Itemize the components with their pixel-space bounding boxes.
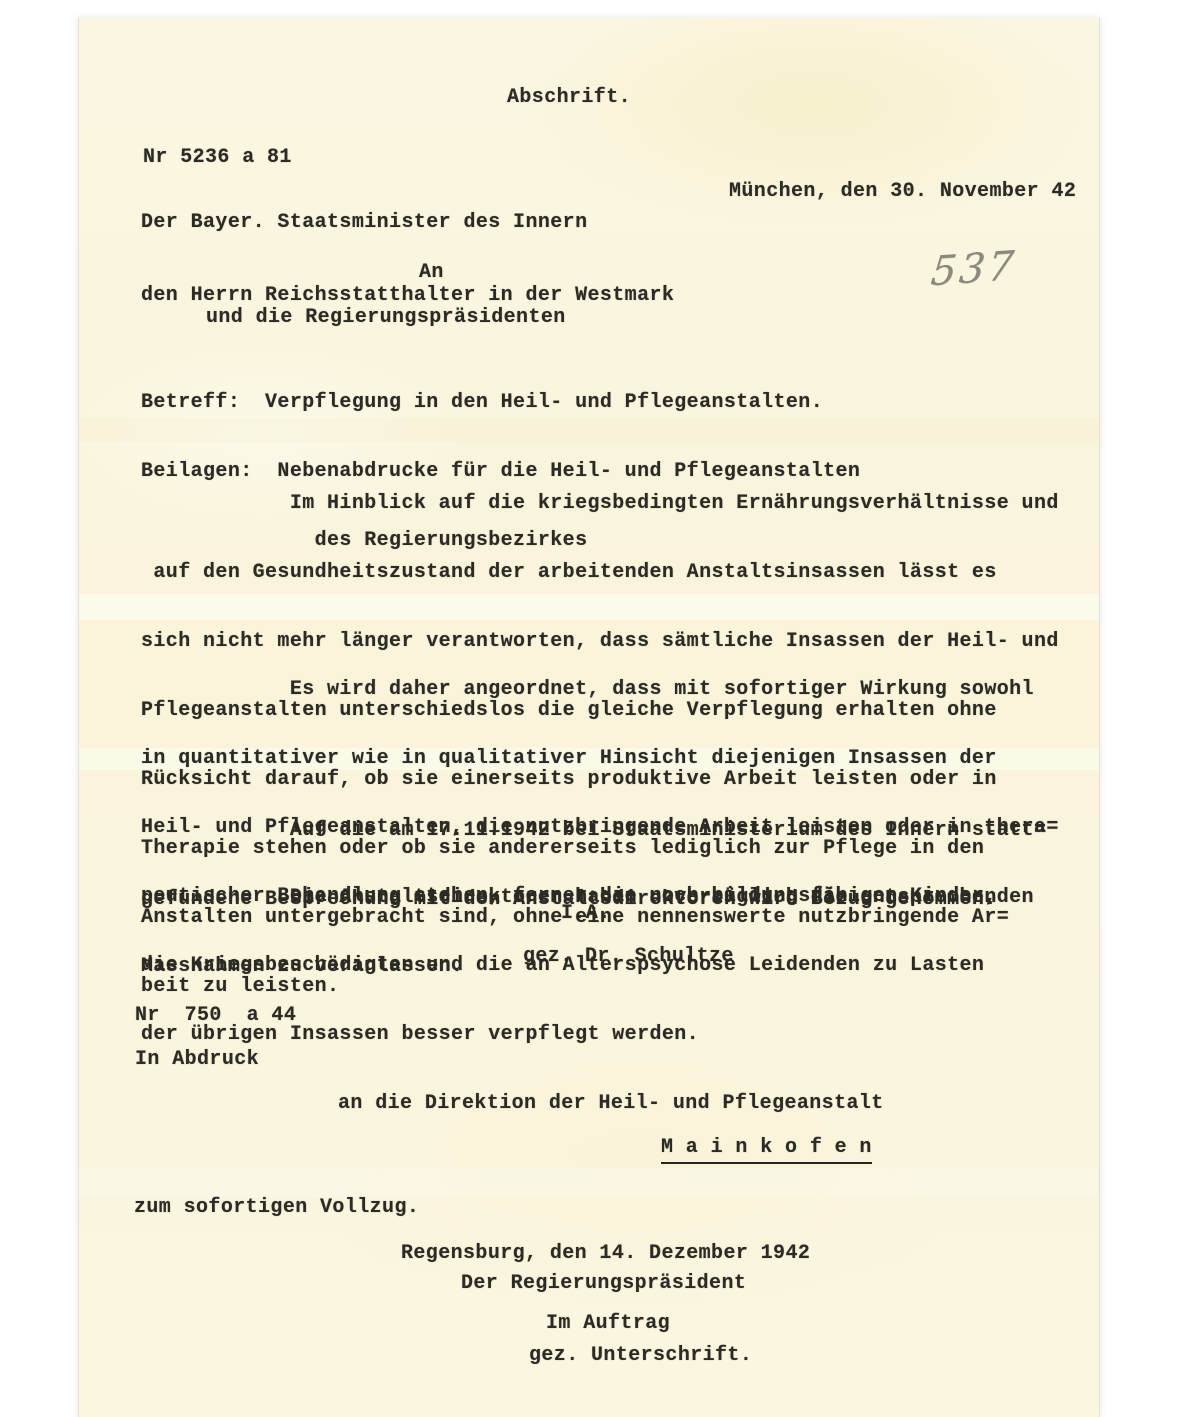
paragraph-line: auf den Gesundheitszustand der arbeitend… [141, 561, 1059, 584]
subject-line: Betreff: Verpflegung in den Heil- und Pf… [141, 391, 860, 414]
paragraph-line: Im Hinblick auf die kriegsbedingten Ernä… [141, 492, 1059, 515]
paragraph-line: Es wird daher angeordnet, dass mit sofor… [141, 678, 1059, 701]
institution-name: M a i n k o f e n [661, 1136, 872, 1164]
paragraph-line: Auf die am 17.11.1942 bei Staatsminister… [141, 819, 1046, 842]
recipient-salutation: An [419, 261, 444, 284]
vollzug-line: zum sofortigen Vollzug. [134, 1196, 419, 1219]
document-heading: Abschrift. [79, 86, 1099, 109]
president-title: Der Regierungspräsident [461, 1272, 746, 1295]
sender-line: Der Bayer. Staatsminister des Innern [141, 211, 587, 234]
paragraph-line: in quantitativer wie in qualitativer Hin… [141, 747, 1059, 770]
handwritten-page-number: 537 [929, 243, 1019, 295]
signature-ia: I.A. [561, 902, 611, 925]
recipient-line-1: den Herrn Reichsstatthalter in der Westm… [141, 284, 674, 307]
bottom-signature: gez. Unterschrift. [529, 1344, 752, 1367]
recipient-line-2: und die Regierungspräsidenten [206, 306, 566, 329]
second-reference-number: Nr 750 a 44 [135, 1004, 296, 1027]
paper-texture-band [79, 1168, 1099, 1198]
direktion-line: an die Direktion der Heil- und Pflegeans… [338, 1092, 884, 1115]
body-paragraph-4: Die Anstaltsdirektoren haben unverzüglic… [141, 840, 1034, 1024]
signature-name: gez. Dr. Schultze [523, 945, 734, 968]
place-date-line: Regensburg, den 14. Dezember 1942 [401, 1242, 810, 1265]
scanned-document-page: Abschrift. Nr 5236 a 81 München, den 30.… [0, 0, 1179, 1417]
dateline: München, den 30. November 42 [729, 180, 1076, 203]
in-abdruck-label: In Abdruck [135, 1048, 259, 1071]
letter-paper: Abschrift. Nr 5236 a 81 München, den 30.… [78, 18, 1100, 1417]
reference-number: Nr 5236 a 81 [143, 146, 292, 169]
im-auftrag-label: Im Auftrag [546, 1312, 670, 1335]
